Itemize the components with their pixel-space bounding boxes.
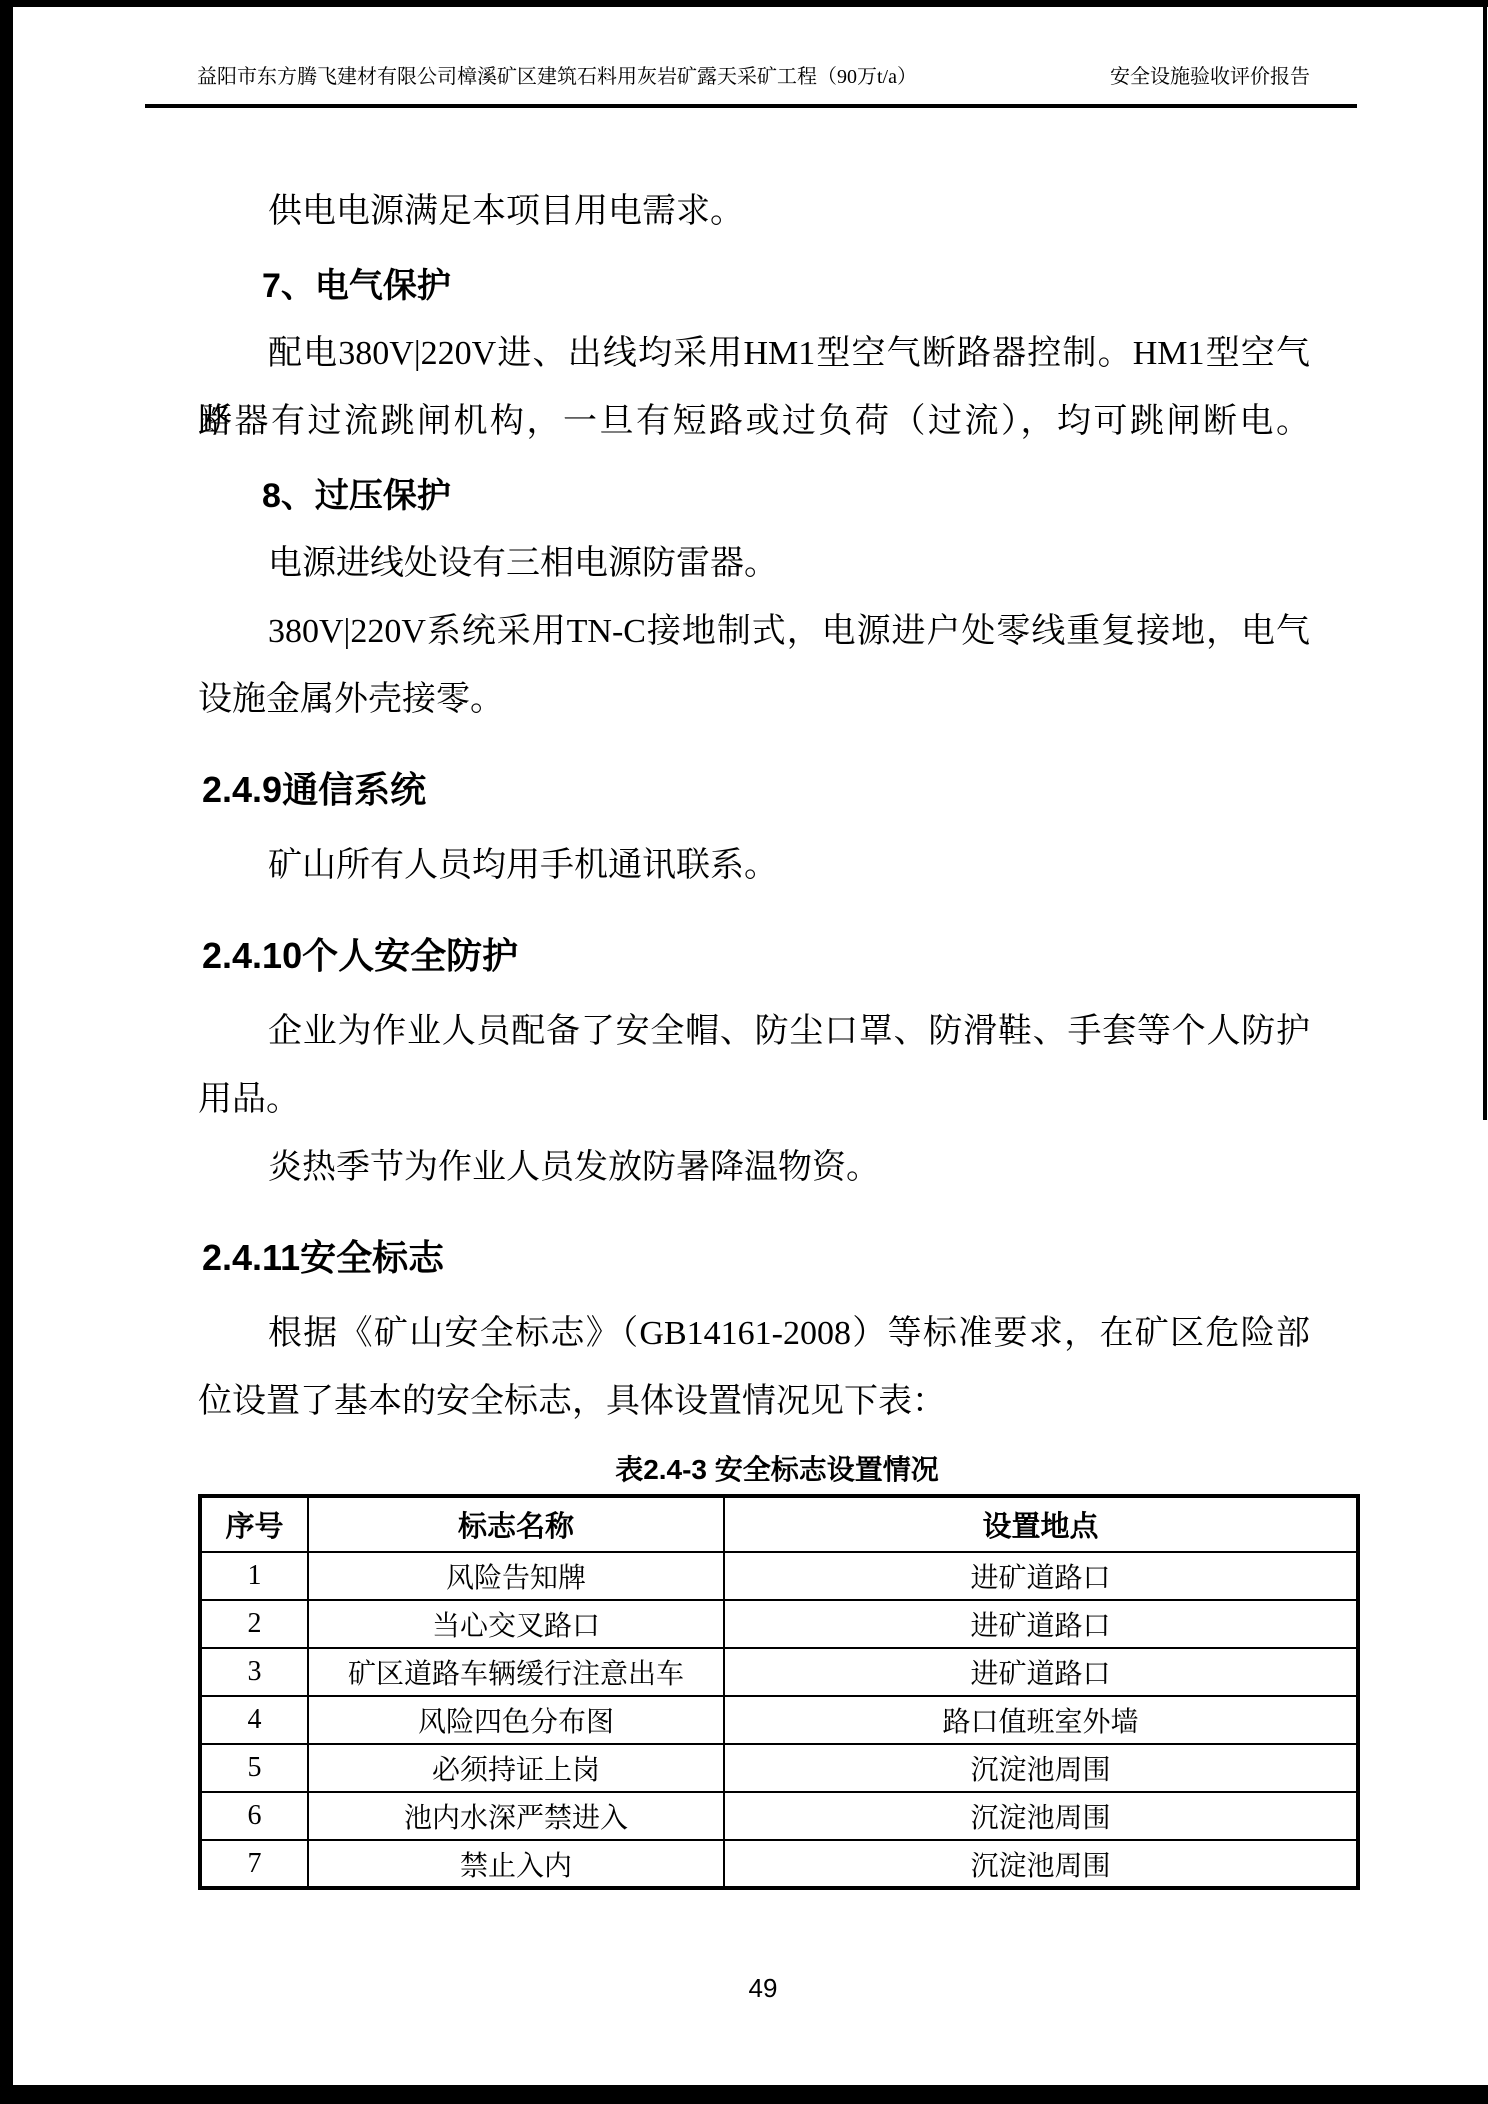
- cell-index: 6: [200, 1792, 308, 1840]
- paragraph-breaker-line2: 路器有过流跳闸机构，一旦有短路或过负荷（过流），均可跳闸断电。: [198, 388, 1310, 456]
- cell-location: 沉淀池周围: [724, 1840, 1358, 1888]
- table-caption: 表2.4-3 安全标志设置情况: [198, 1448, 1356, 1492]
- heading-communication-system: 2.4.9通信系统: [202, 752, 1356, 828]
- scan-edge-bottom: [0, 2085, 1488, 2104]
- paragraph-mobile-communication: 矿山所有人员均用手机通讯联系。: [198, 832, 1310, 900]
- cell-index: 5: [200, 1744, 308, 1792]
- heading-electrical-protection: 7、电气保护: [262, 252, 1356, 320]
- cell-location: 沉淀池周围: [724, 1744, 1358, 1792]
- cell-sign-name: 风险告知牌: [308, 1552, 724, 1600]
- cell-location: 进矿道路口: [724, 1552, 1358, 1600]
- scan-edge-right: [1483, 0, 1487, 1120]
- cell-sign-name: 矿区道路车辆缓行注意出车: [308, 1648, 724, 1696]
- paragraph-ppe-line1: 企业为作业人员配备了安全帽、防尘口罩、防滑鞋、手套等个人防护: [198, 998, 1310, 1066]
- cell-sign-name: 风险四色分布图: [308, 1696, 724, 1744]
- cell-index: 2: [200, 1600, 308, 1648]
- scan-edge-left: [0, 0, 13, 2104]
- document-page: 益阳市东方腾飞建材有限公司樟溪矿区建筑石料用灰岩矿露天采矿工程（90万t/a） …: [0, 0, 1488, 2104]
- header-project-title: 益阳市东方腾飞建材有限公司樟溪矿区建筑石料用灰岩矿露天采矿工程（90万t/a）: [197, 64, 917, 90]
- cell-index: 1: [200, 1552, 308, 1600]
- paragraph-grounding-line1: 380V|220V系统采用TN-C接地制式，电源进户处零线重复接地，电气: [198, 598, 1310, 666]
- cell-index: 4: [200, 1696, 308, 1744]
- cell-index: 7: [200, 1840, 308, 1888]
- column-header-location: 设置地点: [724, 1496, 1358, 1552]
- paragraph-ppe-line2: 用品。: [198, 1066, 1310, 1134]
- document-body: 供电电源满足本项目用电需求。 7、电气保护 配电380V|220V进、出线均采用…: [198, 150, 1356, 1890]
- page-number: 49: [749, 1972, 778, 2004]
- paragraph-heat-relief: 炎热季节为作业人员发放防暑降温物资。: [198, 1134, 1310, 1202]
- table-header-row: 序号 标志名称 设置地点: [200, 1496, 1358, 1552]
- paragraph-signs-line2: 位设置了基本的安全标志，具体设置情况见下表：: [198, 1368, 1310, 1436]
- table-row: 3 矿区道路车辆缓行注意出车 进矿道路口: [200, 1648, 1358, 1696]
- column-header-index: 序号: [200, 1496, 308, 1552]
- table-row: 4 风险四色分布图 路口值班室外墙: [200, 1696, 1358, 1744]
- column-header-sign-name: 标志名称: [308, 1496, 724, 1552]
- table-row: 7 禁止入内 沉淀池周围: [200, 1840, 1358, 1888]
- cell-location: 沉淀池周围: [724, 1792, 1358, 1840]
- paragraph-grounding-line2: 设施金属外壳接零。: [198, 666, 1310, 734]
- paragraph-lightning-arrester: 电源进线处设有三相电源防雷器。: [198, 530, 1310, 598]
- scan-edge-top: [0, 0, 1488, 7]
- page-header: 益阳市东方腾飞建材有限公司樟溪矿区建筑石料用灰岩矿露天采矿工程（90万t/a） …: [145, 64, 1357, 108]
- header-report-title: 安全设施验收评价报告: [1110, 64, 1310, 90]
- cell-location: 路口值班室外墙: [724, 1696, 1358, 1744]
- cell-location: 进矿道路口: [724, 1600, 1358, 1648]
- paragraph-breaker-line1: 配电380V|220V进、出线均采用HM1型空气断路器控制。HM1型空气断: [198, 320, 1310, 388]
- cell-location: 进矿道路口: [724, 1648, 1358, 1696]
- table-row: 2 当心交叉路口 进矿道路口: [200, 1600, 1358, 1648]
- heading-personal-protection: 2.4.10个人安全防护: [202, 918, 1356, 994]
- table-row: 5 必须持证上岗 沉淀池周围: [200, 1744, 1358, 1792]
- paragraph-power-supply: 供电电源满足本项目用电需求。: [198, 178, 1310, 246]
- cell-sign-name: 禁止入内: [308, 1840, 724, 1888]
- paragraph-signs-line1: 根据《矿山安全标志》（GB14161-2008）等标准要求，在矿区危险部: [198, 1300, 1310, 1368]
- safety-signs-table: 序号 标志名称 设置地点 1 风险告知牌 进矿道路口 2 当心交叉路口 进矿道路…: [198, 1494, 1360, 1890]
- table-row: 6 池内水深严禁进入 沉淀池周围: [200, 1792, 1358, 1840]
- heading-safety-signs: 2.4.11安全标志: [202, 1220, 1356, 1296]
- cell-sign-name: 当心交叉路口: [308, 1600, 724, 1648]
- table-row: 1 风险告知牌 进矿道路口: [200, 1552, 1358, 1600]
- heading-overvoltage-protection: 8、过压保护: [262, 462, 1356, 530]
- cell-sign-name: 池内水深严禁进入: [308, 1792, 724, 1840]
- cell-index: 3: [200, 1648, 308, 1696]
- cell-sign-name: 必须持证上岗: [308, 1744, 724, 1792]
